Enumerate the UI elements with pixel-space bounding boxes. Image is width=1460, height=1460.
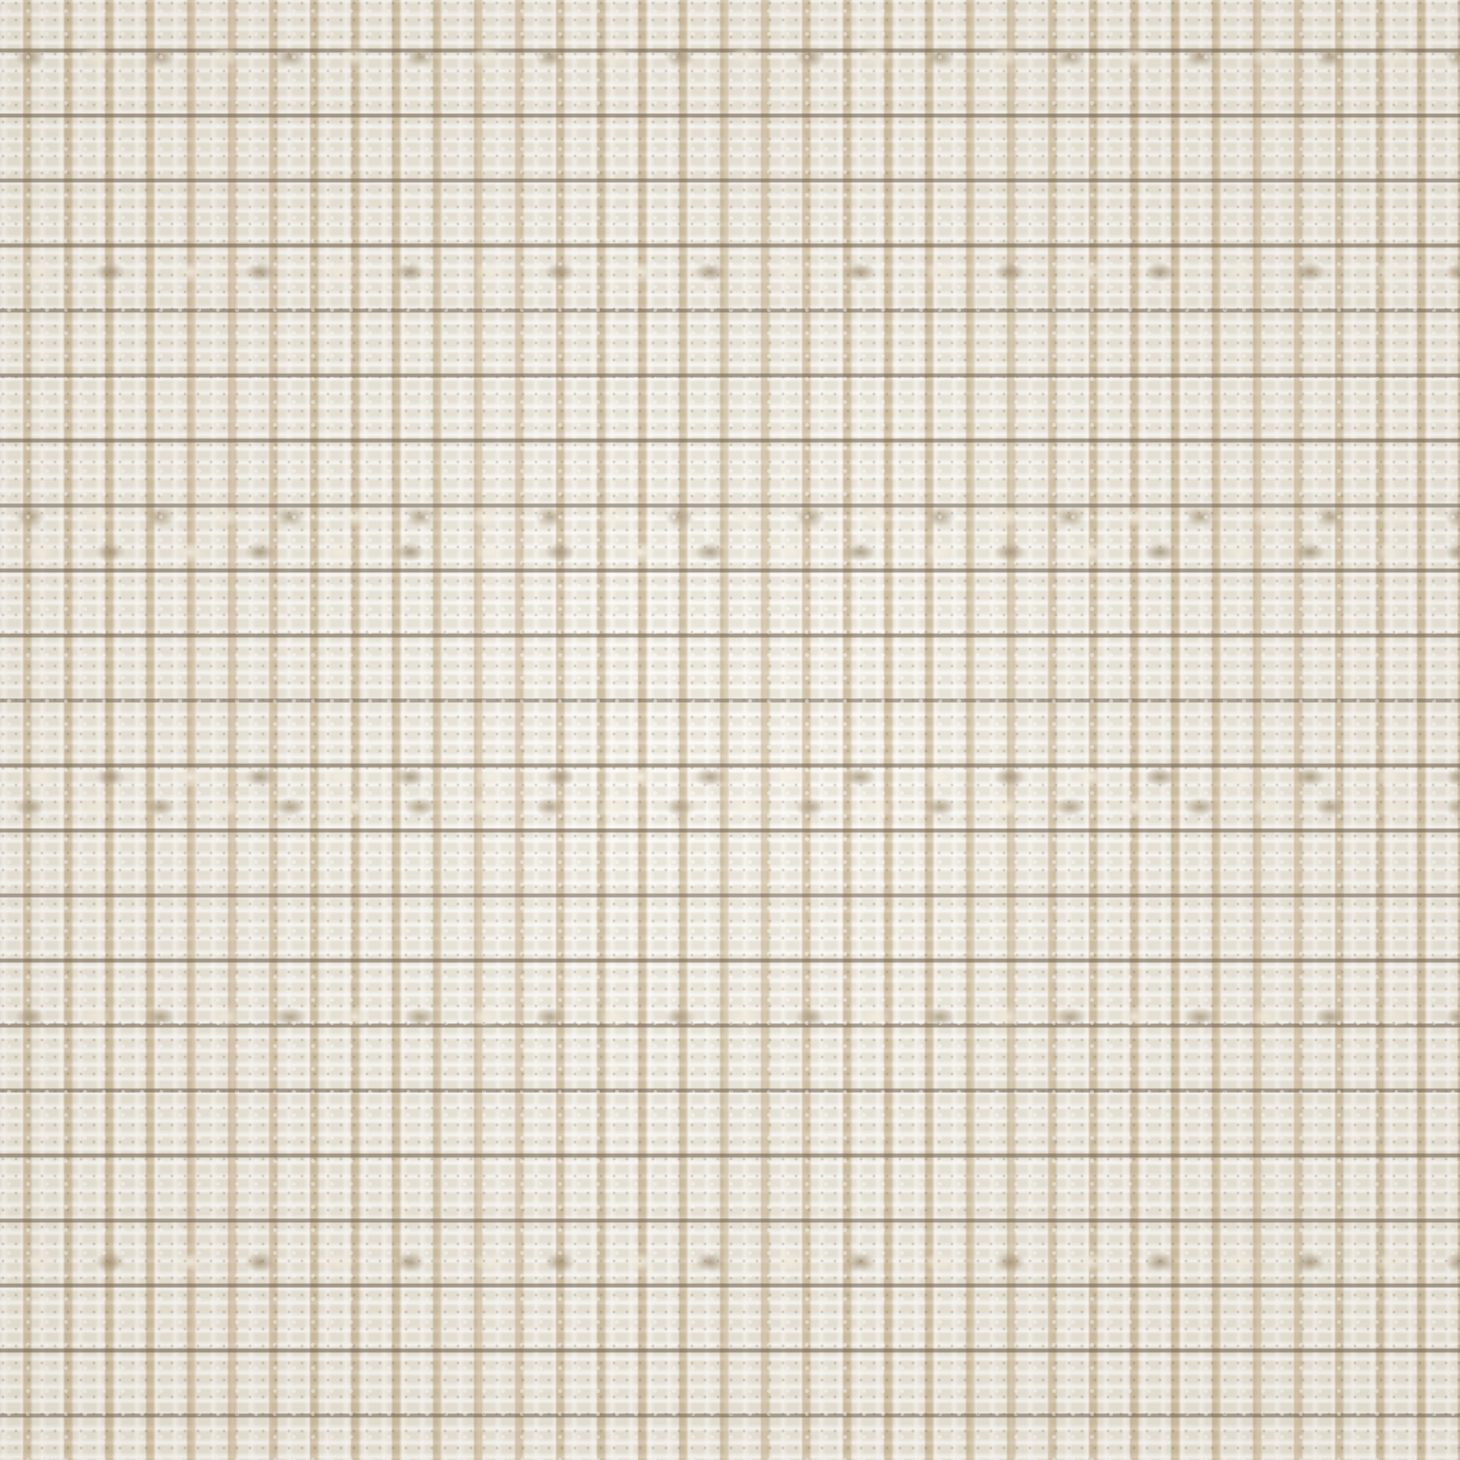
tweed-fabric-photo bbox=[0, 0, 1460, 1460]
lighting-vignette bbox=[0, 0, 1460, 1460]
